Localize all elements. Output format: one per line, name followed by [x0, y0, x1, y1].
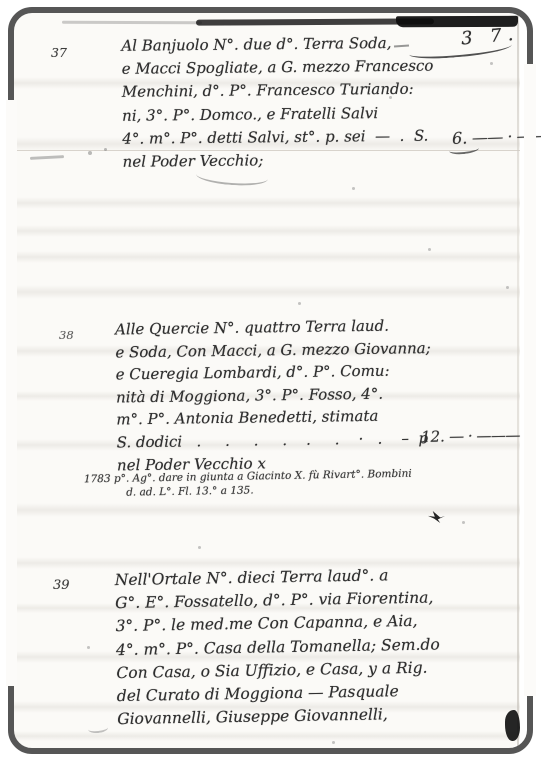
entry-37-text: Al Banjuolo N°. due d°. Terra Soda, e Ma… [121, 31, 464, 174]
amount-dash-trail: — · ——— [445, 426, 520, 445]
handwritten-line: 4°. m°. P°. detti Salvi, st°. p. sei — .… [122, 124, 464, 151]
dust-speck [428, 248, 431, 251]
dust-speck [332, 741, 335, 744]
dust-speck [462, 521, 465, 524]
amount-value: 12. [421, 427, 445, 445]
manuscript-scan: 3 7. 37 Al Banjuolo N°. due d°. Terra So… [0, 0, 541, 760]
paper-edge [517, 13, 519, 749]
dust-speck [490, 62, 493, 65]
dust-speck [352, 187, 355, 190]
entry-number-37: 37 [51, 45, 67, 60]
paper-streak [14, 503, 520, 517]
ink-smudge [505, 710, 520, 741]
dust-speck [298, 302, 301, 305]
dust-speck [506, 286, 509, 289]
paper-streak [14, 197, 520, 209]
paper-streak [14, 225, 520, 237]
entry-38-amount: 12. — · ——— [421, 426, 520, 446]
frame-gap-mask [524, 64, 536, 696]
dust-speck [87, 646, 90, 649]
entry-number-39: 39 [53, 578, 70, 593]
entry-number-38: 38 [59, 328, 74, 342]
paper-streak [14, 251, 520, 263]
entry-39-text: Nell'Ortale N°. dieci Terra laud°. a G°.… [115, 563, 472, 732]
handwritten-line: Menchini, d°. P°. Francesco Turiando: [122, 78, 464, 105]
dust-speck [198, 546, 201, 549]
entry-38-text: Alle Quercie N°. quattro Terra laud. e S… [115, 314, 467, 477]
handwritten-line: nel Poder Vecchio; [122, 147, 464, 174]
paper-streak [14, 731, 520, 741]
paper-streak [14, 285, 520, 299]
exposure-band-faint [62, 21, 202, 24]
